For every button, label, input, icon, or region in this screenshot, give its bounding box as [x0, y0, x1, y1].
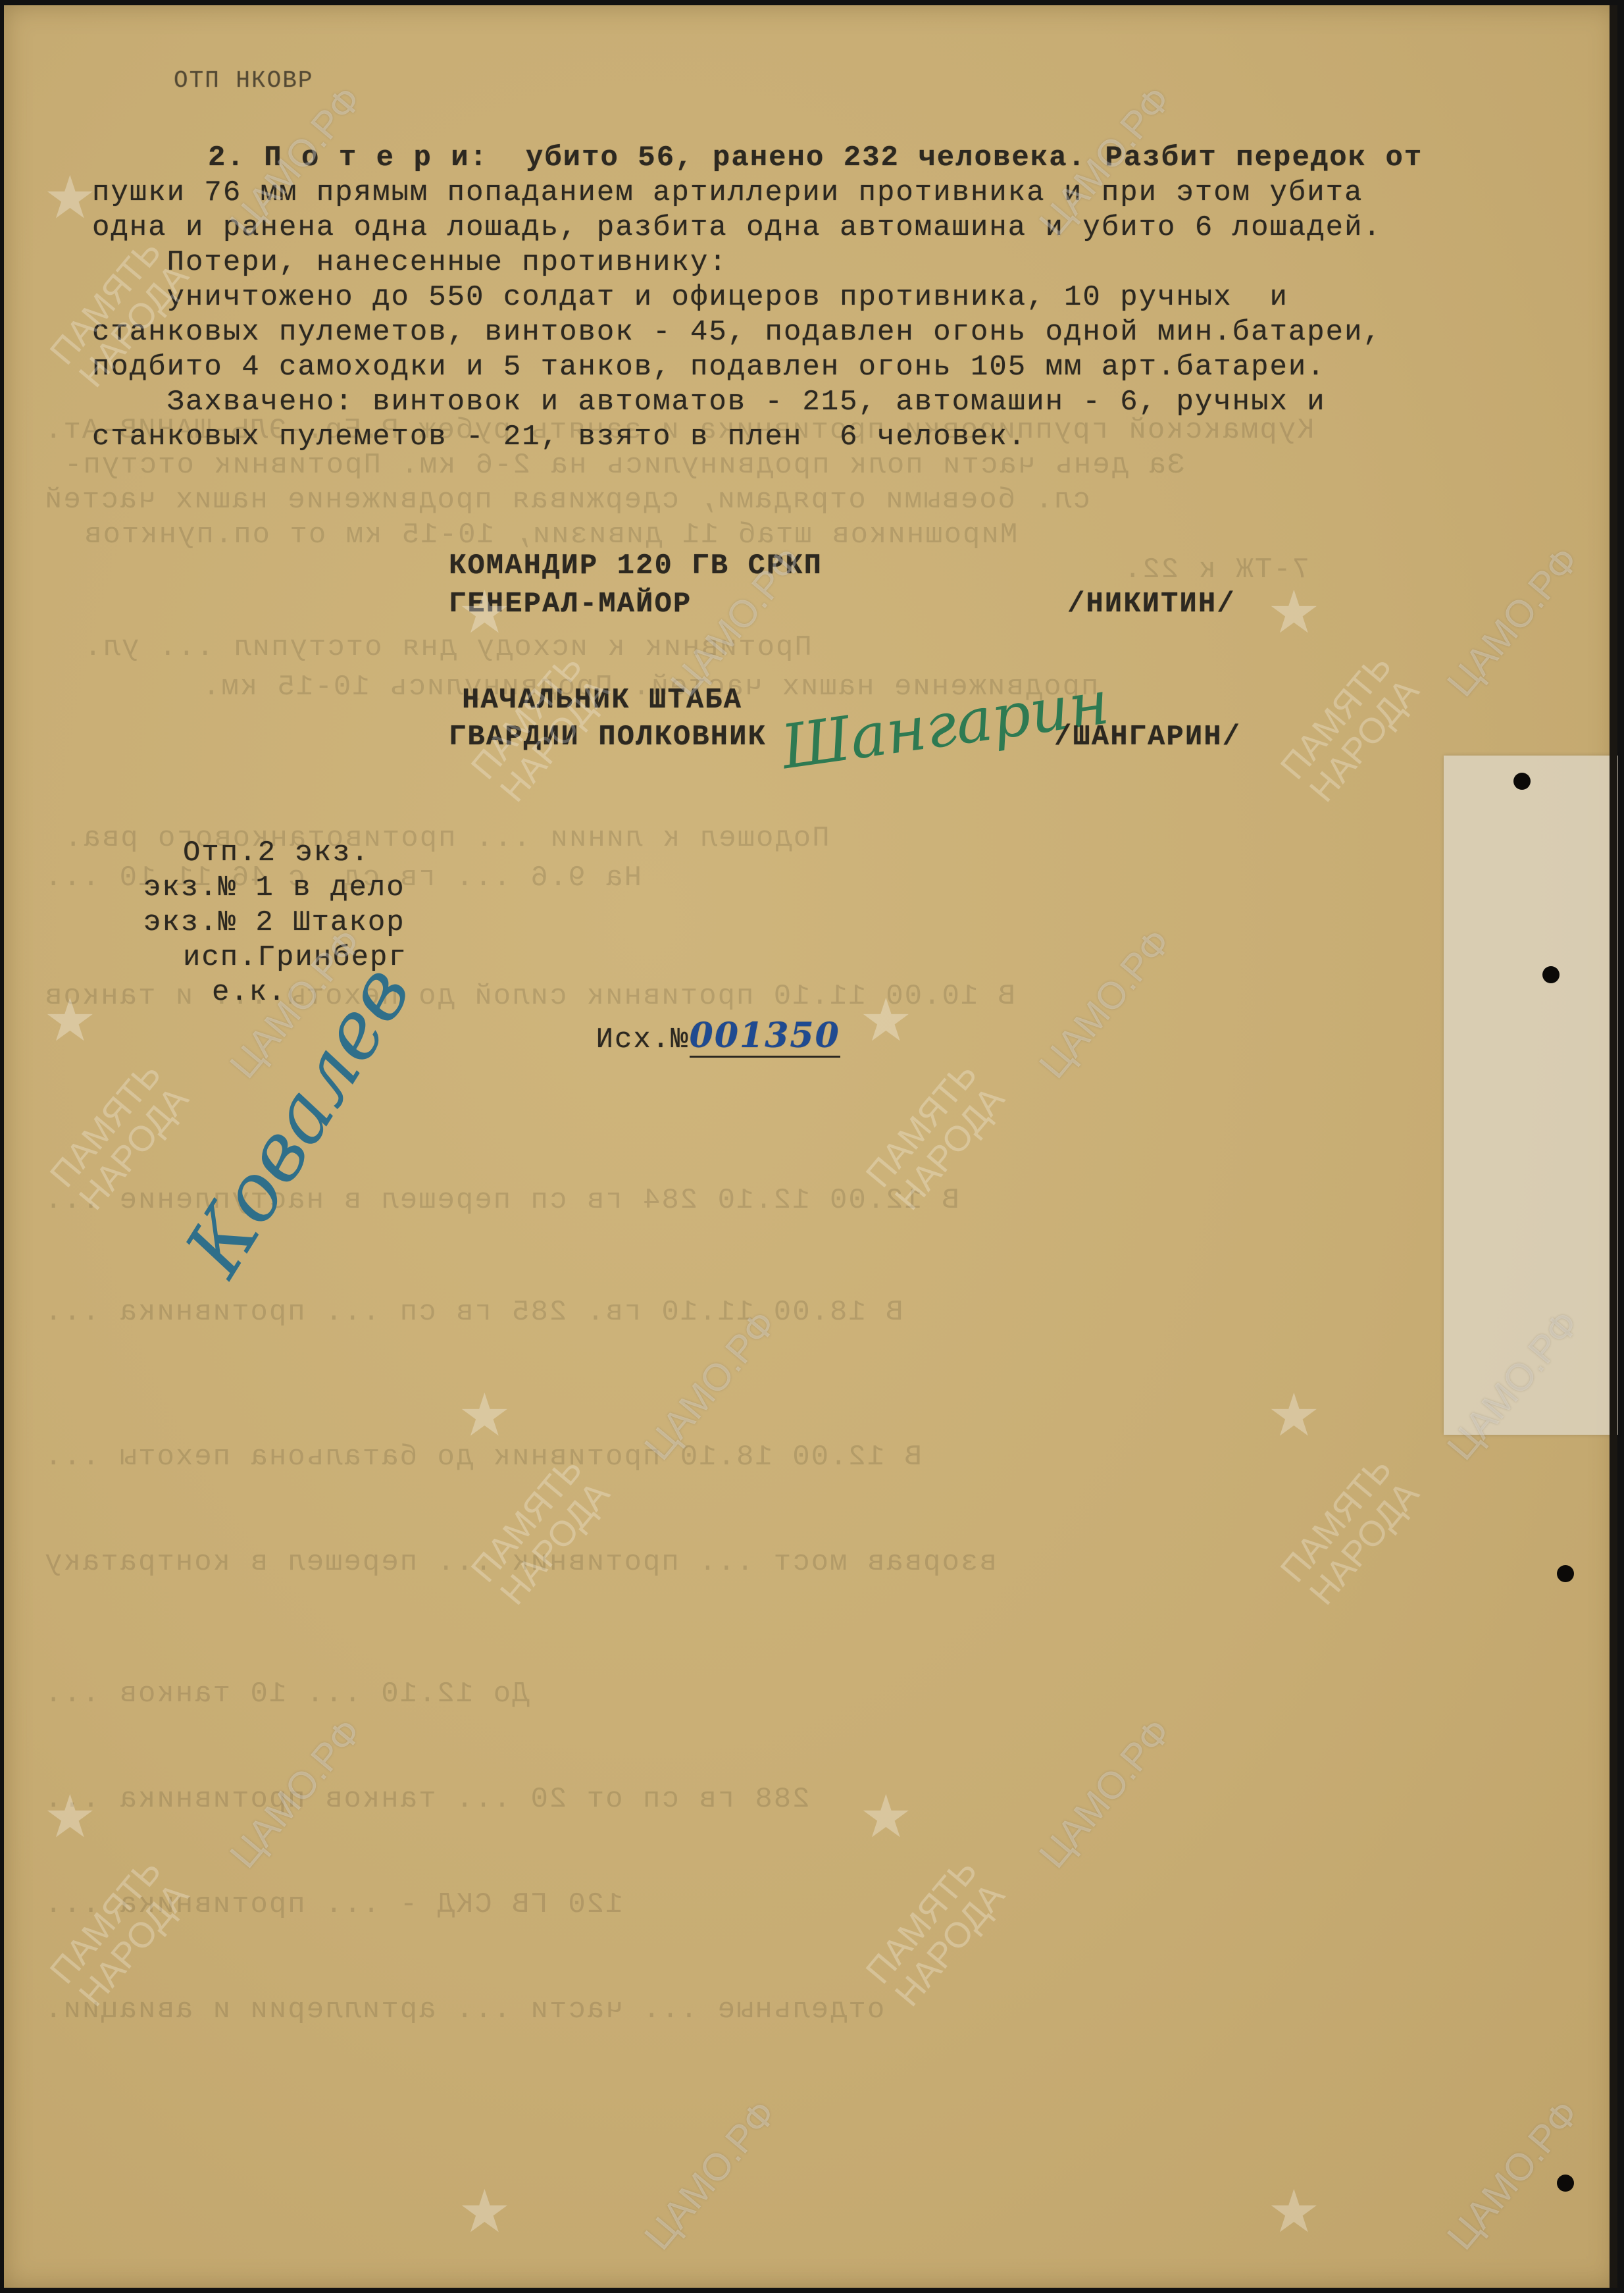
outgoing-number: Исх.№001350 [521, 983, 840, 1093]
archive-watermark: ЦАМО.РФ [1438, 539, 1588, 705]
archive-watermark: ЦАМО.РФ [1030, 921, 1180, 1087]
star-icon: ★ [458, 1381, 511, 1450]
losses-line: 2. П о т е р и: убито 56, ранено 232 чел… [208, 141, 1423, 176]
losses-line: станковых пулеметов, винтовок - 45, пода… [92, 315, 1382, 350]
outgoing-number-value: 001350 [690, 1016, 840, 1058]
losses-line: подбито 4 самоходки и 5 танков, подавлен… [92, 350, 1326, 385]
star-icon: ★ [859, 986, 913, 1055]
memory-watermark: ПАМЯТЬ НАРОДА [859, 1852, 1012, 2014]
binder-hole [1542, 966, 1560, 983]
losses-line: уничтожено до 550 солдат и офицеров прот… [92, 280, 1288, 315]
star-icon: ★ [458, 578, 511, 647]
star-icon: ★ [859, 1782, 913, 1851]
losses-line: Захвачено: винтовок и автоматов - 215, а… [92, 385, 1326, 420]
archive-watermark: ЦАМО.РФ [1030, 1711, 1180, 1876]
binder-hole [1557, 2175, 1574, 2192]
star-icon: ★ [1267, 578, 1321, 647]
memory-watermark: ПАМЯТЬ НАРОДА [1274, 648, 1427, 810]
star-icon: ★ [43, 986, 97, 1055]
chief-of-staff-name: /ШАНГАРИН/ [1054, 720, 1241, 755]
page-edge [1610, 5, 1617, 2288]
distribution-line: Отп.2 экз. [183, 836, 370, 871]
memory-watermark: ПАМЯТЬ НАРОДА [43, 1852, 196, 2014]
archive-watermark: ЦАМО.РФ [636, 2092, 785, 2258]
distribution-line: экз.№ 1 в дело [143, 871, 405, 906]
losses-line: одна и ранена одна лошадь, разбита одна … [92, 211, 1382, 245]
distribution-line: экз.№ 2 Штакор [143, 906, 405, 940]
star-icon: ★ [1267, 1381, 1321, 1450]
outgoing-number-label: Исх.№ [596, 1023, 690, 1056]
losses-line: станковых пулеметов - 21, взято в плен 6… [92, 420, 1027, 455]
binder-hole [1557, 1565, 1574, 1582]
star-icon: ★ [43, 1782, 97, 1851]
star-icon: ★ [43, 163, 97, 232]
document-page: ОТП НКОВР Курмакской группировки противн… [4, 5, 1617, 2288]
top-faint-stamp: ОТП НКОВР [174, 63, 313, 98]
commander-name: /НИКИТИН/ [1067, 587, 1236, 622]
star-icon: ★ [1267, 2177, 1321, 2246]
binder-hole [1513, 773, 1531, 790]
star-icon: ★ [458, 2177, 511, 2246]
memory-watermark: ПАМЯТЬ НАРОДА [1274, 1451, 1427, 1612]
